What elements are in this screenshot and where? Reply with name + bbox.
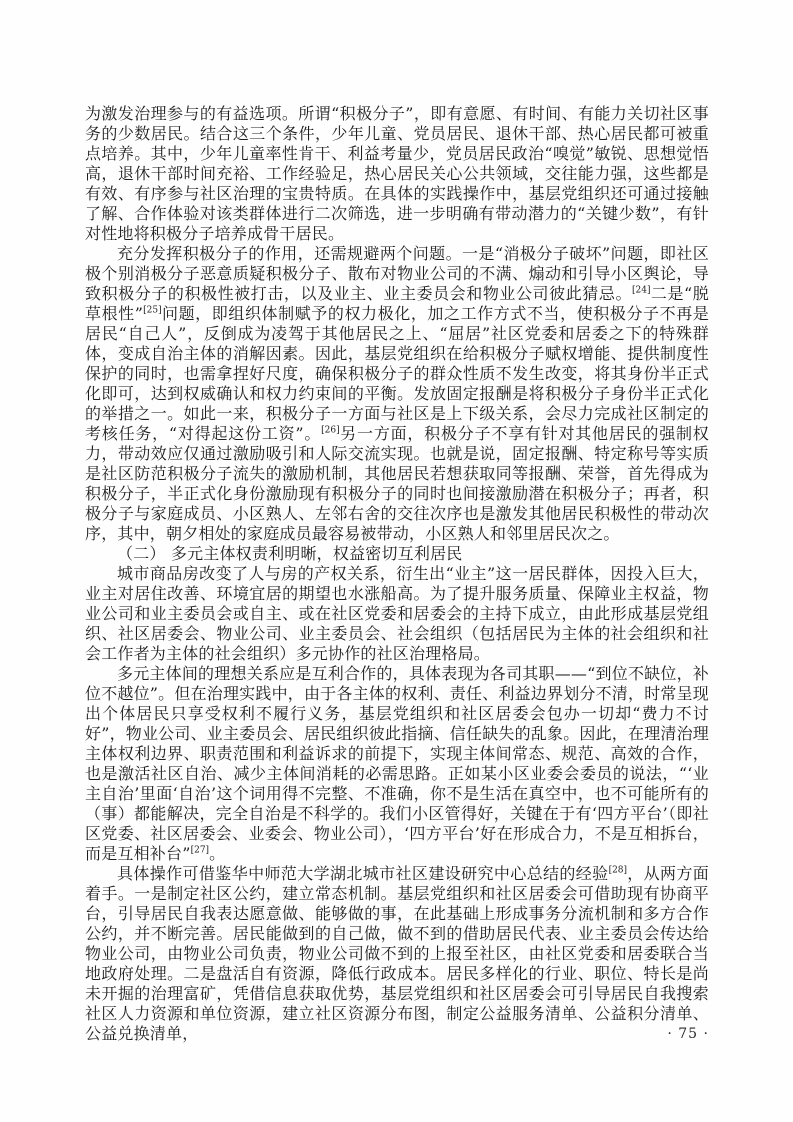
footnote-ref-25: [25] [143, 306, 161, 316]
paragraph-4: 城市商品房改变了人与房的产权关系，衍生出“业主”这一居民群体，因投入巨大，业主对… [85, 564, 709, 664]
paragraph-5: 多元主体间的理想关系应是互利合作的，具体表现为各司其职——“到位不缺位，补位不越… [85, 664, 709, 864]
paragraph-1: 为激发治理参与的有益选项。所谓“积极分子”，即有意愿、有时间、有能力关切社区事务… [85, 104, 709, 244]
footnote-ref-28: [28] [609, 866, 627, 876]
footnote-ref-26: [26] [321, 426, 339, 436]
footnote-ref-27: [27] [191, 846, 209, 856]
page-body: 为激发治理参与的有益选项。所谓“积极分子”，即有意愿、有时间、有能力关切社区事务… [85, 104, 709, 1044]
paragraph-6: 具体操作可借鉴华中师范大学湖北城市社区建设研究中心总结的经验[28]，从两方面着… [85, 864, 709, 1044]
footnote-ref-24: [24] [632, 286, 650, 296]
section-heading: （二） 多元主体权责利明晰，权益密切互利居民 [85, 544, 709, 564]
document-page: 为激发治理参与的有益选项。所谓“积极分子”，即有意愿、有时间、有能力关切社区事务… [0, 0, 793, 1122]
page-number: · 75 · [85, 1026, 709, 1042]
paragraph-2: 充分发挥积极分子的作用，还需规避两个问题。一是“消极分子破坏”问题，即社区极个别… [85, 244, 709, 544]
